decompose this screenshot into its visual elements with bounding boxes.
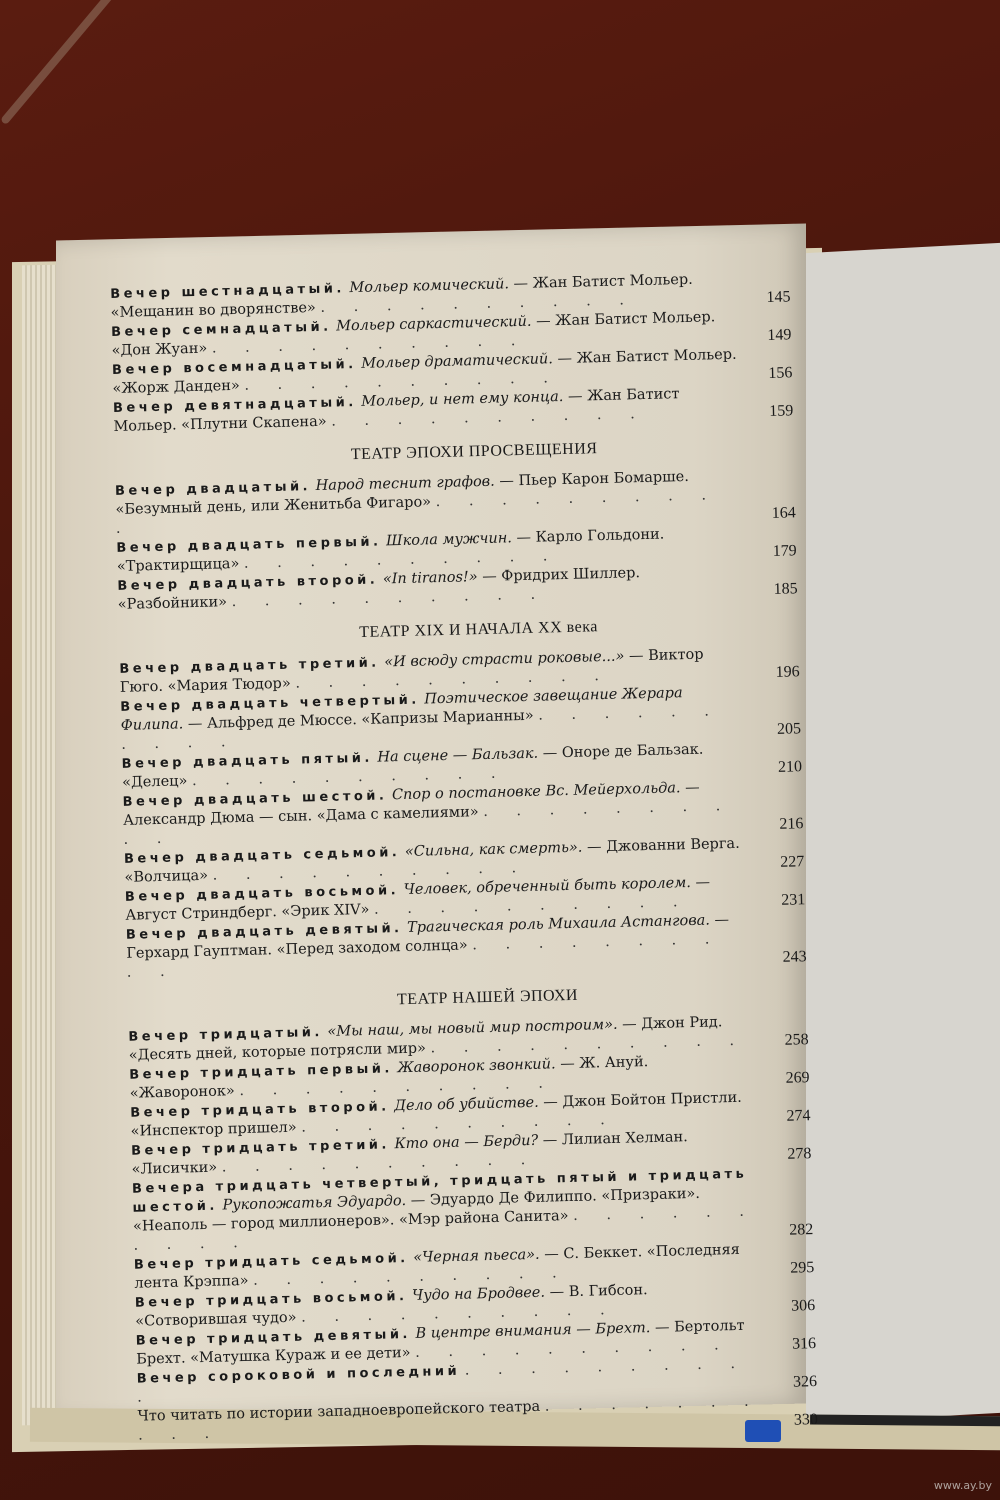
page-number: 145	[750, 287, 790, 307]
toc-topic: «In tiranos!»	[383, 569, 478, 587]
toc-topic: Жаворонок звонкий.	[397, 1056, 556, 1076]
toc-topic: Рукопожатья Эдуардо.	[222, 1193, 406, 1213]
leader-dots: . . . . . . . . . .	[231, 586, 547, 610]
page-number: 149	[751, 325, 791, 345]
page-number: 159	[753, 401, 793, 421]
toc-topic: На сцене — Бальзак.	[377, 746, 538, 766]
toc-evening: Вечер двадцатый.	[115, 479, 311, 499]
page-number: 326	[777, 1372, 817, 1392]
page-number: 278	[771, 1144, 811, 1164]
right-page	[806, 243, 1000, 1423]
page-number: 282	[773, 1220, 813, 1240]
page-number: 306	[775, 1296, 815, 1316]
section-title: ТЕАТР XIX И НАЧАЛА XX века	[158, 612, 798, 647]
toc-topic: Народ теснит графов.	[315, 474, 495, 494]
toc-topic: Мольер драматический.	[361, 351, 553, 372]
page-number: 269	[769, 1068, 809, 1088]
table-of-contents: Вечер шестнадцатый. Мольер комический. —…	[110, 268, 818, 1445]
toc-topic: «Сильна, как смерть».	[405, 840, 583, 860]
toc-topic: Кто она — Берди?	[394, 1133, 538, 1153]
page-number: 274	[770, 1106, 810, 1126]
page-number: 156	[752, 363, 792, 383]
toc-evening: Вечер тридцатый.	[128, 1025, 323, 1045]
page-number: 205	[761, 719, 801, 739]
page-number: 227	[764, 852, 804, 872]
page-number: 295	[774, 1258, 814, 1278]
page-number: 258	[768, 1030, 808, 1050]
toc-evening: Вечер девятнадцатый.	[113, 395, 357, 416]
page-number: 231	[765, 890, 805, 910]
section-title: ТЕАТР НАШЕЙ ЭПОХИ	[167, 980, 807, 1015]
page-number: 316	[776, 1334, 816, 1354]
page-number: 179	[756, 541, 796, 561]
page-number: 185	[757, 579, 797, 599]
toc-evening: Вечер шестнадцатый.	[110, 281, 345, 302]
toc-topic: Чудо на Бродвее.	[412, 1285, 545, 1304]
toc-topic: Дело об убийстве.	[394, 1095, 539, 1115]
table-scratch	[0, 0, 173, 125]
watermark: www.ay.by	[934, 1479, 992, 1492]
toc-topic: «И всюду страсти роковые...»	[384, 649, 625, 671]
page-number: 210	[762, 757, 802, 777]
page-number: 196	[759, 662, 799, 682]
toc-topic: Мольер комический.	[349, 276, 509, 296]
toc-topic: Школа мужчин.	[386, 530, 512, 549]
toc-topic: «Черная пьеса».	[413, 1247, 540, 1266]
section-title: ТЕАТР ЭПОХИ ПРОСВЕЩЕНИЯ	[154, 434, 794, 469]
toc-evening: Вечер восемнадцатый.	[112, 357, 357, 378]
toc-topic: В центре внимания — Брехт.	[415, 1320, 650, 1342]
toc-evening: Вечер семнадцатый.	[111, 320, 332, 340]
page-number: 216	[763, 814, 803, 834]
page-number: 330	[778, 1410, 818, 1430]
toc-topic: Мольер, и нет ему конца.	[361, 389, 564, 410]
page-number: 243	[766, 947, 806, 967]
page-number: 164	[756, 503, 796, 523]
toc-topic: Мольер саркастический.	[336, 314, 532, 335]
